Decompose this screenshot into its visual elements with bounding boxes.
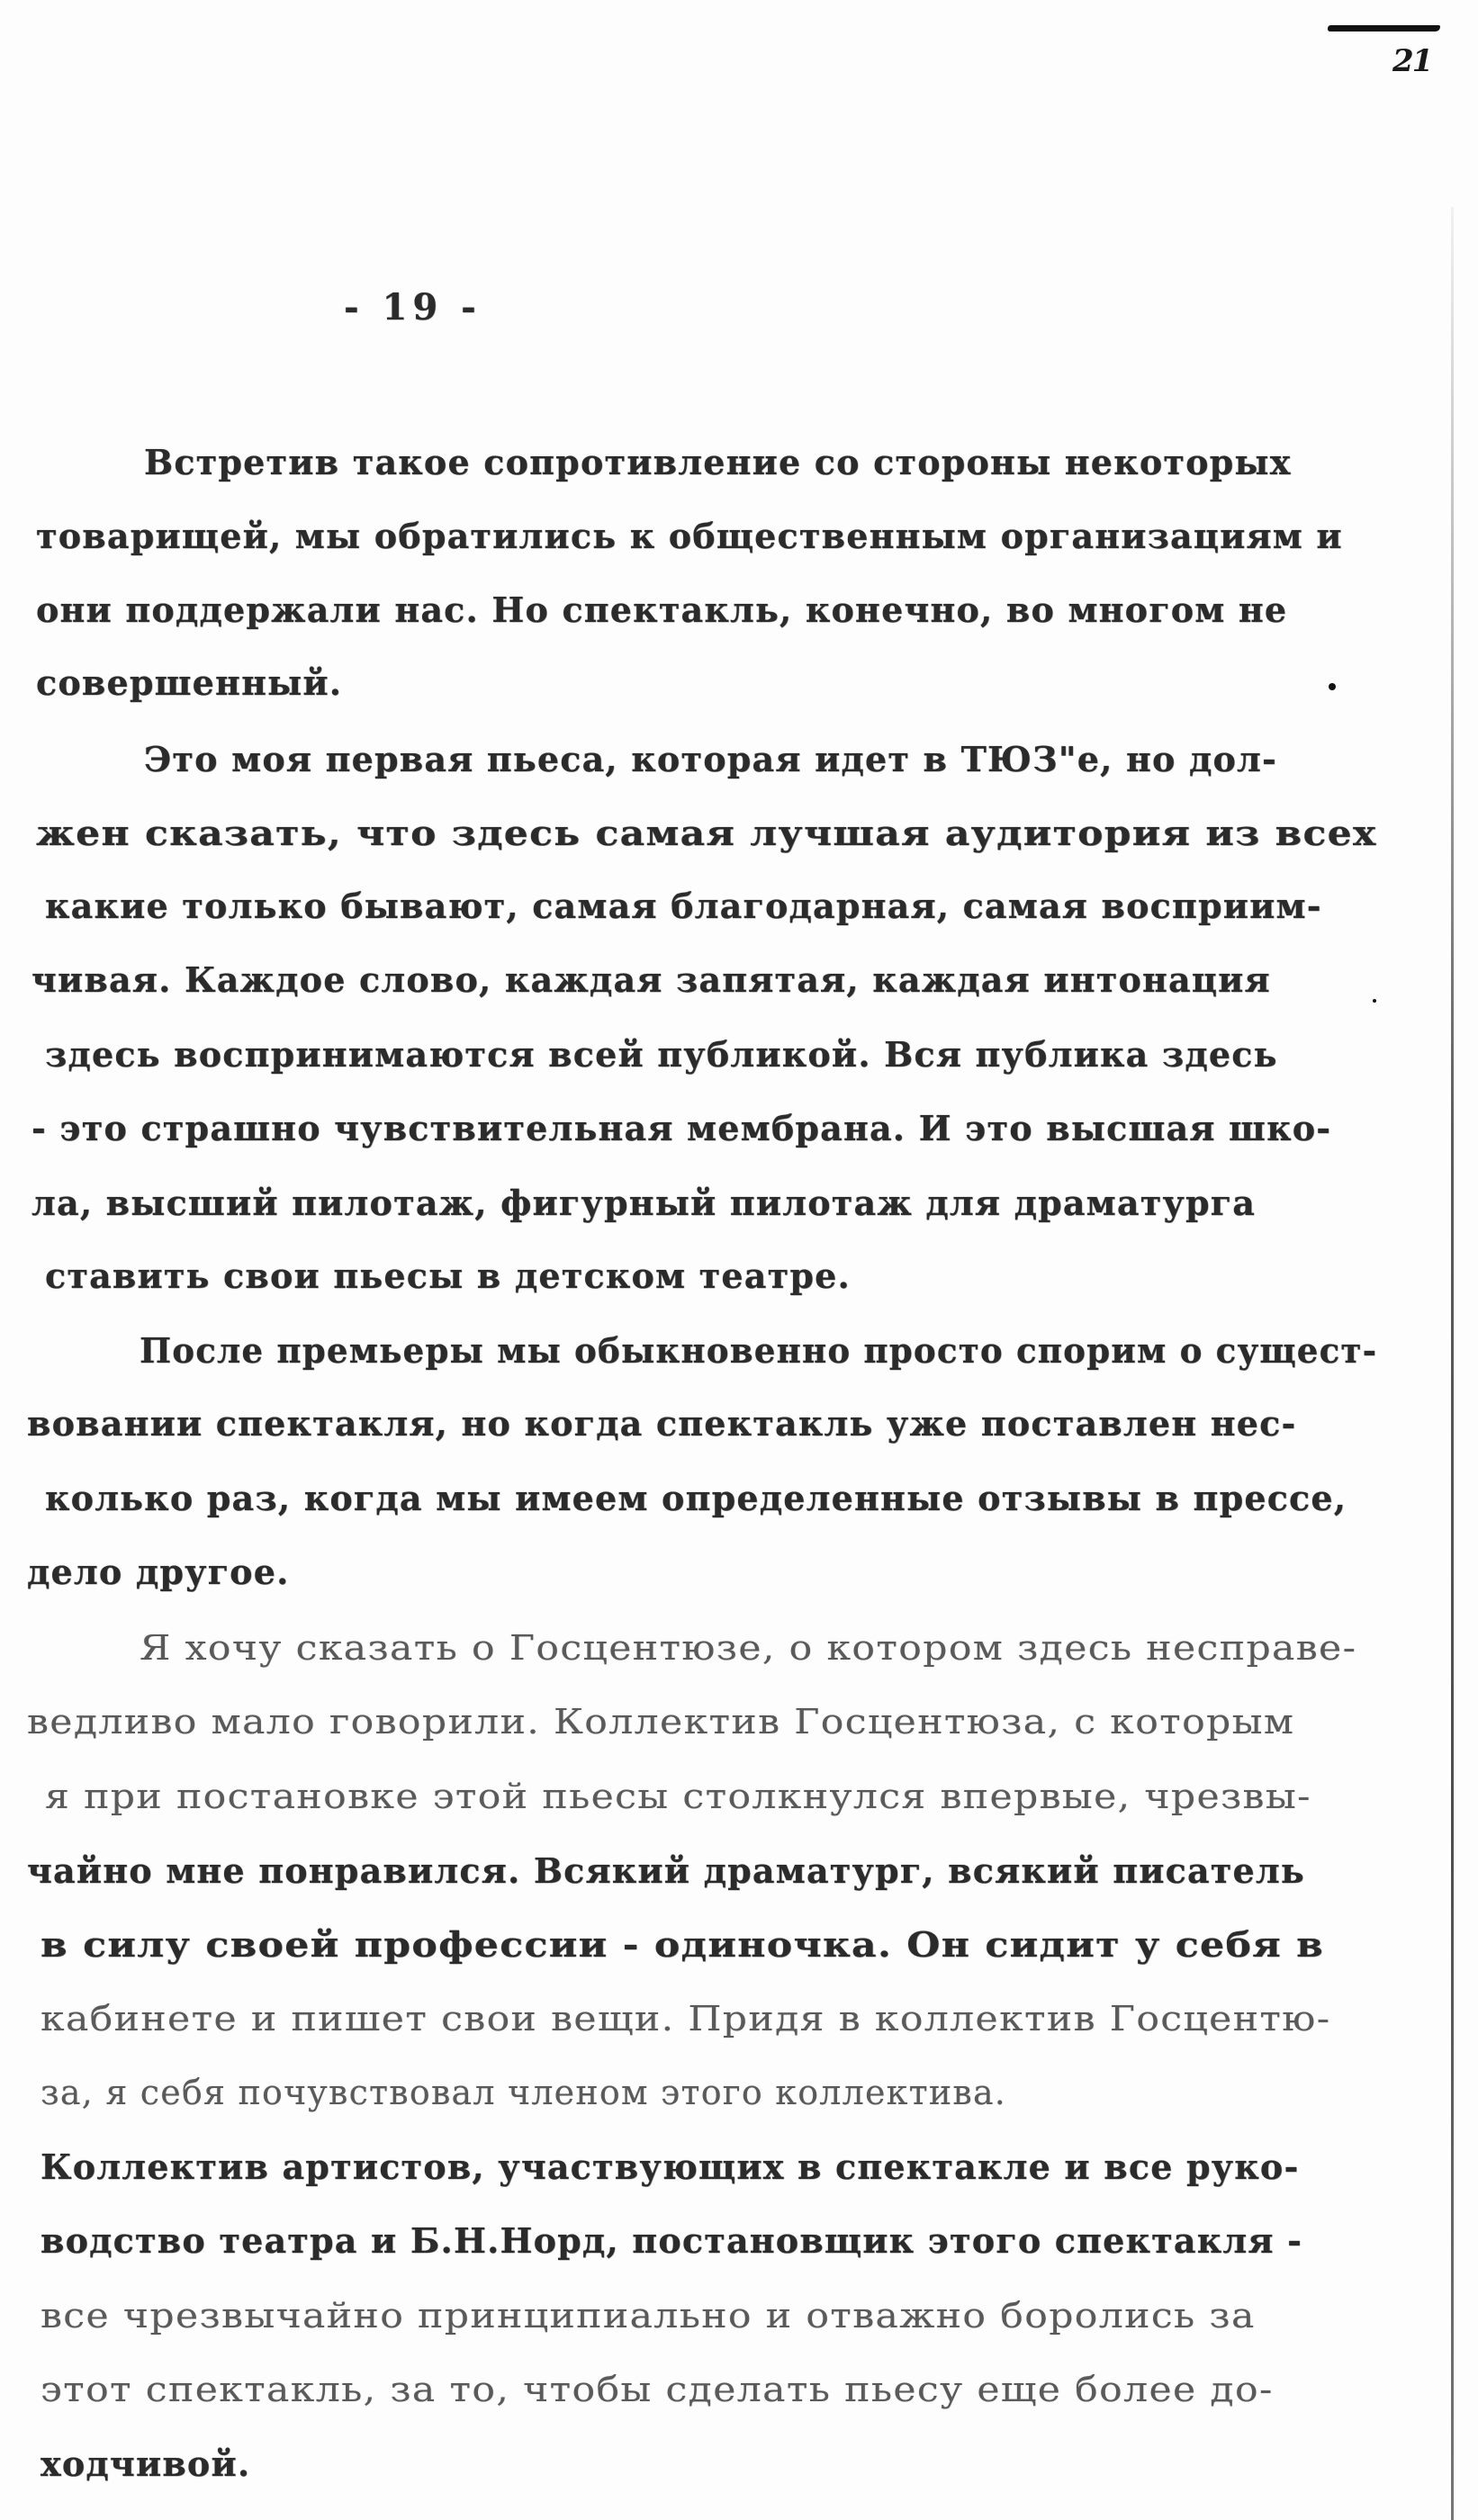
text-line: Коллектив артистов, участвующих в спекта… — [41, 2150, 1299, 2184]
text-line: колько раз, когда мы имеем определенные … — [45, 1481, 1347, 1516]
archive-underline — [1328, 25, 1440, 31]
text-line: чивая. Каждое слово, каждая запятая, каж… — [32, 963, 1271, 997]
text-line: ведливо мало говорили. Коллектив Госцент… — [27, 1705, 1294, 1739]
ink-speck — [1329, 683, 1336, 690]
document-page: 21 - 19 - Встретив такое сопротивление с… — [0, 0, 1478, 2520]
page-number: - 19 - — [344, 286, 482, 328]
text-line: Я хочу сказать о Госцентюзе, о котором з… — [140, 1631, 1356, 1665]
text-line: вовании спектакля, но когда спектакль уж… — [27, 1407, 1296, 1441]
text-line: кабинете и пишет свои вещи. Придя в колл… — [41, 2002, 1330, 2036]
text-line: дело другое. — [27, 1555, 290, 1589]
text-line: совершенный. — [36, 666, 342, 700]
archive-sheet-number: 21 — [1328, 25, 1440, 88]
text-line: ла, высший пилотаж, фигурный пилотаж для… — [32, 1186, 1256, 1220]
text-line: водство театра и Б.Н.Норд, постановщик э… — [41, 2224, 1302, 2258]
text-line: за, я себя почувствовал членом этого кол… — [41, 2075, 1006, 2110]
text-line: чайно мне понравился. Всякий драматург, … — [27, 1854, 1305, 1888]
text-line: жен сказать, что здесь самая лучшая ауди… — [36, 816, 1377, 850]
text-line: ставить свои пьесы в детском театре. — [45, 1259, 851, 1293]
text-line: этот спектакль, за то, чтобы сделать пье… — [41, 2372, 1274, 2407]
margin-edge-line — [1451, 207, 1454, 2520]
text-line: - это страшно чувствительная мембрана. И… — [32, 1111, 1331, 1146]
ink-speck — [1373, 999, 1376, 1003]
text-line: я при постановке этой пьесы столкнулся в… — [45, 1779, 1311, 1813]
text-line: Встретив такое сопротивление со стороны … — [144, 445, 1292, 480]
text-line: все чрезвычайно принципиально и отважно … — [41, 2299, 1256, 2333]
text-line: ходчивой. — [41, 2447, 250, 2481]
text-line: здесь воспринимаются всей публикой. Вся … — [45, 1038, 1278, 1072]
text-line: в силу своей профессии - одиночка. Он си… — [41, 1928, 1324, 1962]
text-line: Это моя первая пьеса, которая идет в ТЮЗ… — [144, 742, 1277, 777]
text-line: товарищей, мы обратились к общественным … — [36, 519, 1343, 553]
text-line: После премьеры мы обыкновенно просто спо… — [140, 1334, 1377, 1368]
text-line: какие только бывают, самая благодарная, … — [45, 889, 1322, 923]
text-line: они поддержали нас. Но спектакль, конечн… — [36, 593, 1287, 627]
archive-sheet-digits: 21 — [1392, 43, 1431, 79]
